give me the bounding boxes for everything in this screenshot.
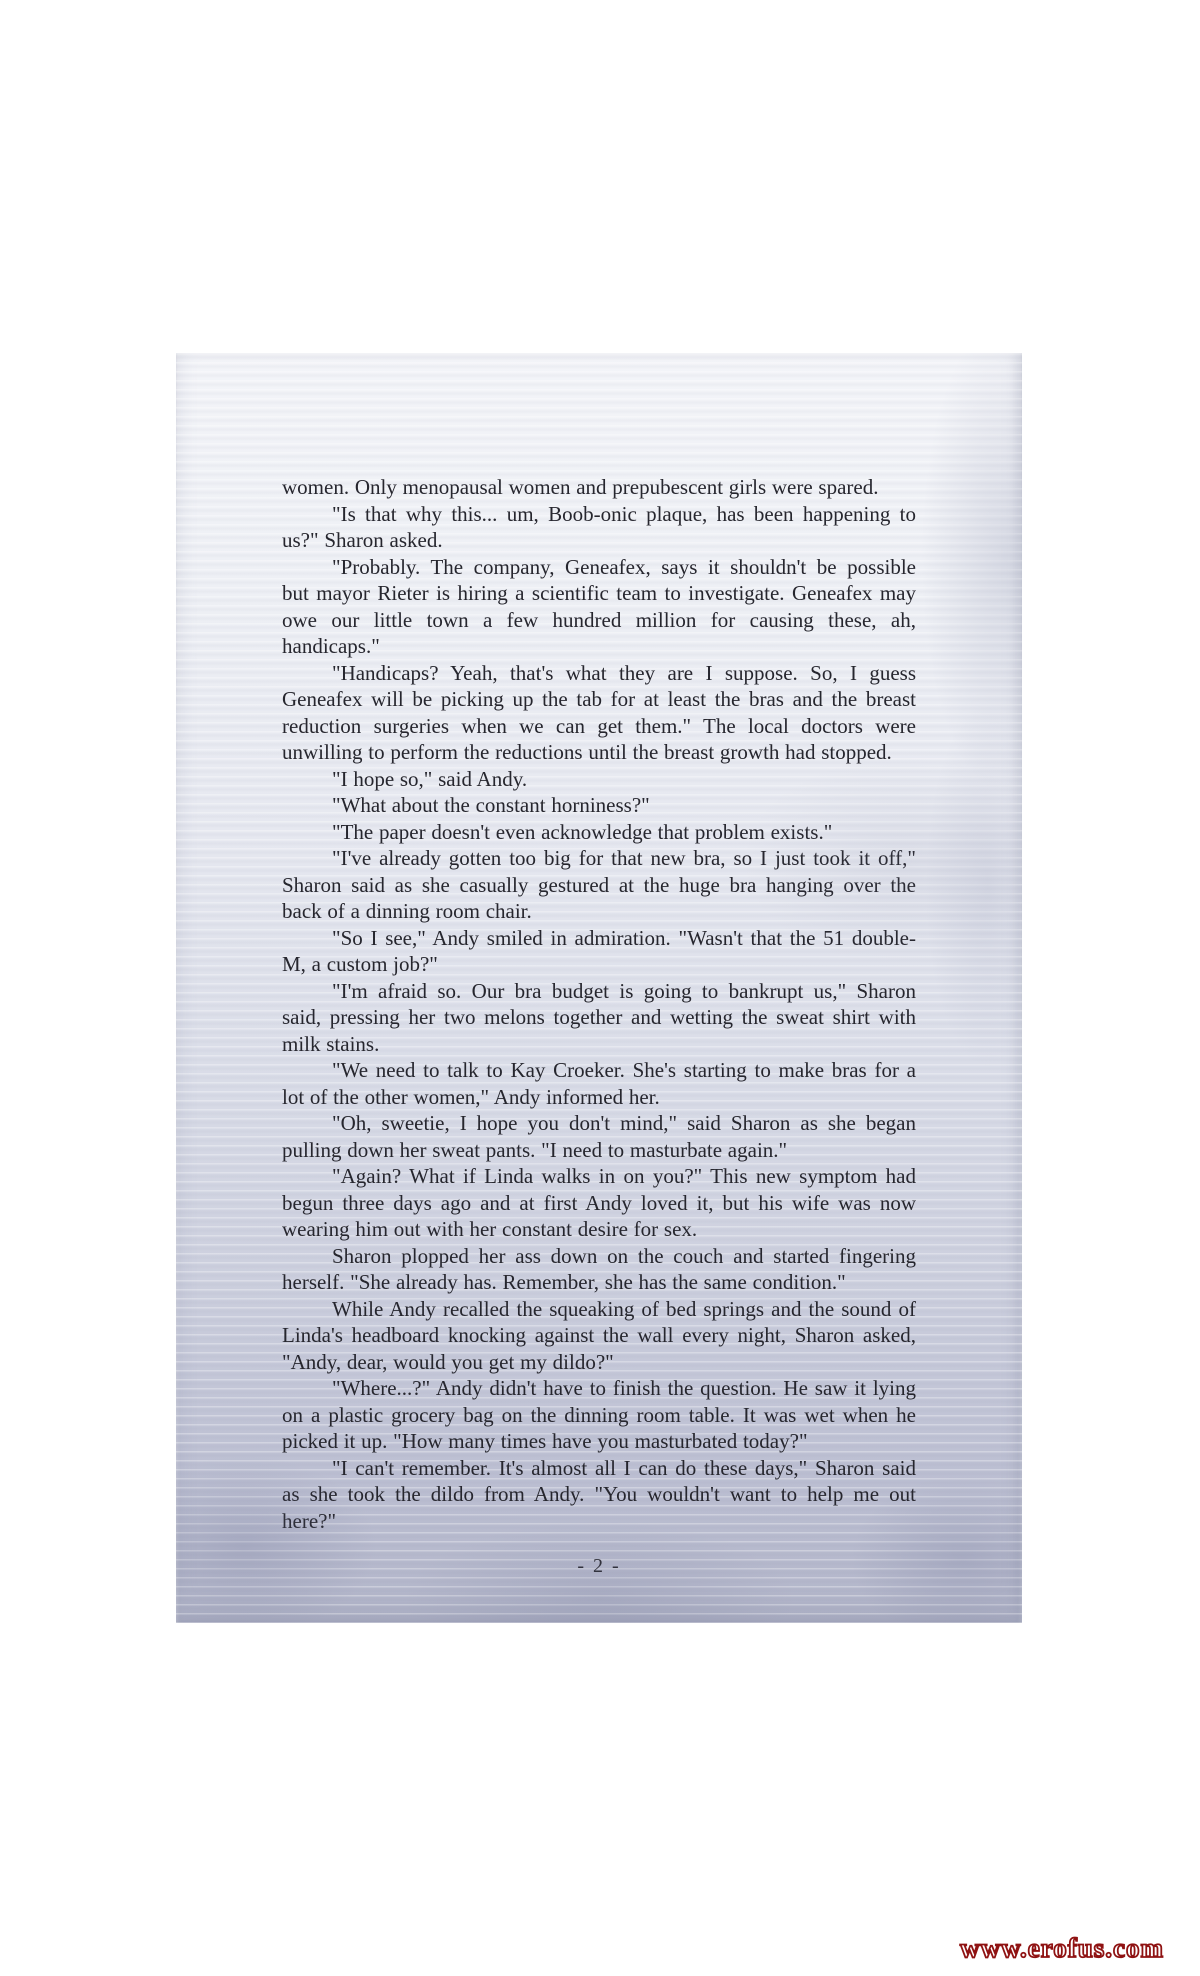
text-line: begun three days ago and at first Andy l…	[282, 1190, 916, 1217]
paragraph: "I've already gotten too big for that ne…	[282, 845, 916, 925]
text-line: picked it up. "How many times have you m…	[282, 1428, 916, 1455]
text-line: Linda's headboard knocking against the w…	[282, 1322, 916, 1349]
text-line: "The paper doesn't even acknowledge that…	[282, 819, 916, 846]
text-line: Sharon said as she casually gestured at …	[282, 872, 916, 899]
paragraph: "Again? What if Linda walks in on you?" …	[282, 1163, 916, 1243]
text-line: "I've already gotten too big for that ne…	[282, 845, 916, 872]
story-text: women. Only menopausal women and prepube…	[282, 474, 916, 1534]
paragraph: "Handicaps? Yeah, that's what they are I…	[282, 660, 916, 766]
text-line: back of a dinning room chair.	[282, 898, 916, 925]
text-line: owe our little town a few hundred millio…	[282, 607, 916, 634]
text-line: herself. "She already has. Remember, she…	[282, 1269, 916, 1296]
paragraph: women. Only menopausal women and prepube…	[282, 474, 916, 501]
text-line: reduction surgeries when we can get them…	[282, 713, 916, 740]
text-line: Geneafex will be picking up the tab for …	[282, 686, 916, 713]
text-line: unwilling to perform the reductions unti…	[282, 739, 916, 766]
text-line: on a plastic grocery bag on the dinning …	[282, 1402, 916, 1429]
text-line: "So I see," Andy smiled in admiration. "…	[282, 925, 916, 952]
text-line: "I'm afraid so. Our bra budget is going …	[282, 978, 916, 1005]
text-line: "Where...?" Andy didn't have to finish t…	[282, 1375, 916, 1402]
text-line: milk stains.	[282, 1031, 916, 1058]
text-line: pulling down her sweat pants. "I need to…	[282, 1137, 916, 1164]
paragraph: "Probably. The company, Geneafex, says i…	[282, 554, 916, 660]
text-line: us?" Sharon asked.	[282, 527, 916, 554]
text-line: "Again? What if Linda walks in on you?" …	[282, 1163, 916, 1190]
paragraph: "The paper doesn't even acknowledge that…	[282, 819, 916, 846]
paragraph: "I can't remember. It's almost all I can…	[282, 1455, 916, 1535]
text-line: "I can't remember. It's almost all I can…	[282, 1455, 916, 1482]
paragraph: Sharon plopped her ass down on the couch…	[282, 1243, 916, 1296]
text-line: "Oh, sweetie, I hope you don't mind," sa…	[282, 1110, 916, 1137]
paragraph: "Oh, sweetie, I hope you don't mind," sa…	[282, 1110, 916, 1163]
text-line: Sharon plopped her ass down on the couch…	[282, 1243, 916, 1270]
paragraph: "We need to talk to Kay Croeker. She's s…	[282, 1057, 916, 1110]
text-line: said, pressing her two melons together a…	[282, 1004, 916, 1031]
text-line: "Handicaps? Yeah, that's what they are I…	[282, 660, 916, 687]
text-line: but mayor Rieter is hiring a scientific …	[282, 580, 916, 607]
paragraph: "Where...?" Andy didn't have to finish t…	[282, 1375, 916, 1455]
screenshot-canvas: women. Only menopausal women and prepube…	[0, 0, 1200, 1976]
paragraph: "What about the constant horniness?"	[282, 792, 916, 819]
text-line: "We need to talk to Kay Croeker. She's s…	[282, 1057, 916, 1084]
text-line: here?"	[282, 1508, 916, 1535]
text-line: "Is that why this... um, Boob-onic plaqu…	[282, 501, 916, 528]
paragraph: "I hope so," said Andy.	[282, 766, 916, 793]
site-watermark: www.erofus.com	[960, 1933, 1164, 1964]
text-line: "I hope so," said Andy.	[282, 766, 916, 793]
page-number: - 2 -	[282, 1555, 916, 1578]
text-line: lot of the other women," Andy informed h…	[282, 1084, 916, 1111]
text-line: as she took the dildo from Andy. "You wo…	[282, 1481, 916, 1508]
scanned-page: women. Only menopausal women and prepube…	[176, 353, 1022, 1623]
text-line: "Andy, dear, would you get my dildo?"	[282, 1349, 916, 1376]
paragraph: "I'm afraid so. Our bra budget is going …	[282, 978, 916, 1058]
text-line: M, a custom job?"	[282, 951, 916, 978]
text-line: "Probably. The company, Geneafex, says i…	[282, 554, 916, 581]
paragraph: "Is that why this... um, Boob-onic plaqu…	[282, 501, 916, 554]
text-line: "What about the constant horniness?"	[282, 792, 916, 819]
text-line: women. Only menopausal women and prepube…	[282, 474, 916, 501]
text-line: handicaps."	[282, 633, 916, 660]
paragraph: "So I see," Andy smiled in admiration. "…	[282, 925, 916, 978]
paragraph: While Andy recalled the squeaking of bed…	[282, 1296, 916, 1376]
text-line: While Andy recalled the squeaking of bed…	[282, 1296, 916, 1323]
text-line: wearing him out with her constant desire…	[282, 1216, 916, 1243]
